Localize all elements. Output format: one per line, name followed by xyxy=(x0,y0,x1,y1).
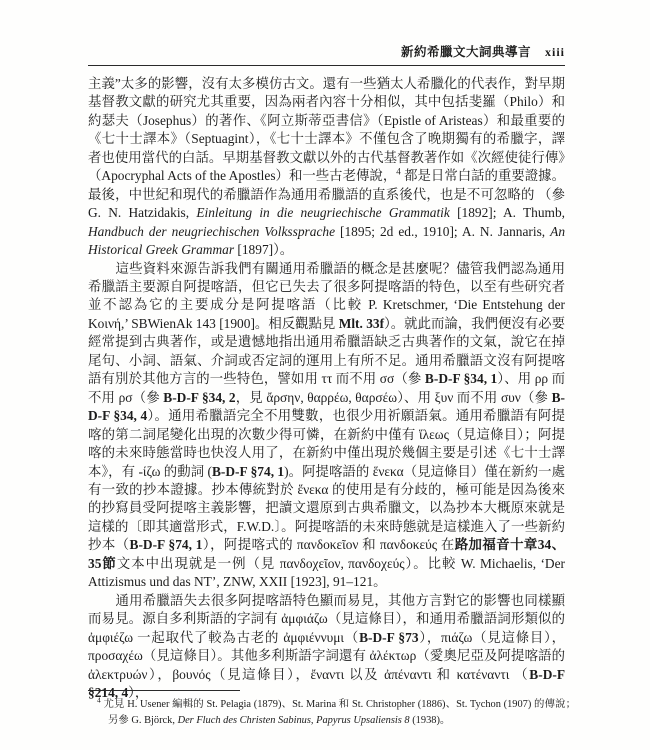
paragraph: 這些資料來源告訴我們有關通用希臘語的概念是甚麼呢？儘管我們認為通用希臘語主要源自… xyxy=(88,260,565,592)
text-segment: ，見 ἄρσην, θαρρέω, θαρσέω）、用 ξυν 而不用 συν（… xyxy=(236,390,552,405)
body-text: 主義”太多的影響，沒有太多模仿古文。還有一些猶太人希臘化的代表作，對早期基督教文… xyxy=(88,75,565,702)
text-segment: 文本中出現就是一例（見 πανδοχεῖον, πανδοχεύς）。比較 W.… xyxy=(88,556,565,589)
text-segment: (1938)。 xyxy=(410,715,451,726)
header-title: 新約希臘文大詞典導言 xyxy=(401,45,531,59)
text-segment: [1892]; A. Thumb, xyxy=(450,205,565,220)
text-segment: Der Fluch des Christen Sabinus, Papyrus … xyxy=(178,715,410,726)
text-segment: [1897]）。 xyxy=(234,242,293,257)
paragraph: 主義”太多的影響，沒有太多模仿古文。還有一些猶太人希臘化的代表作，對早期基督教文… xyxy=(88,75,565,260)
footnote: 4 尤見 H. Usener 編輯的 St. Pelagia (1879)、St… xyxy=(97,697,576,729)
text-segment: Mlt. 33f xyxy=(339,316,384,331)
text-segment: B-D-F §34, 1 xyxy=(425,371,497,386)
header-rule xyxy=(88,65,565,66)
text-segment: B-D-F §73 xyxy=(359,630,418,645)
text-segment: B-D-F §34, 2 xyxy=(163,390,235,405)
text-segment: Handbuch der neugriechischen Volkssprach… xyxy=(88,224,335,239)
header-page-number: xiii xyxy=(545,45,565,59)
paragraph: 通用希臘語失去很多阿提喀語特色顯而易見，其他方言對它的影響也同樣顯而易見。源自多… xyxy=(88,592,565,703)
text-segment: Einleitung in die neugriechische Grammat… xyxy=(196,205,450,220)
page-header: 新約希臘文大詞典導言xiii xyxy=(88,42,565,60)
text-segment: [1895; 2d ed., 1910]; A. N. Jannaris, xyxy=(335,224,550,239)
text-segment: B-D-F §74, 1 xyxy=(212,464,284,479)
text-segment: ），阿提喀式的 πανδοκεῖον 和 πανδοκεύς 在 xyxy=(202,537,454,552)
document-page: 新約希臘文大詞典導言xiii 主義”太多的影響，沒有太多模仿古文。還有一些猶太人… xyxy=(0,0,650,750)
footnote-separator xyxy=(88,690,240,691)
text-segment: B-D-F §74, 1 xyxy=(130,537,203,552)
